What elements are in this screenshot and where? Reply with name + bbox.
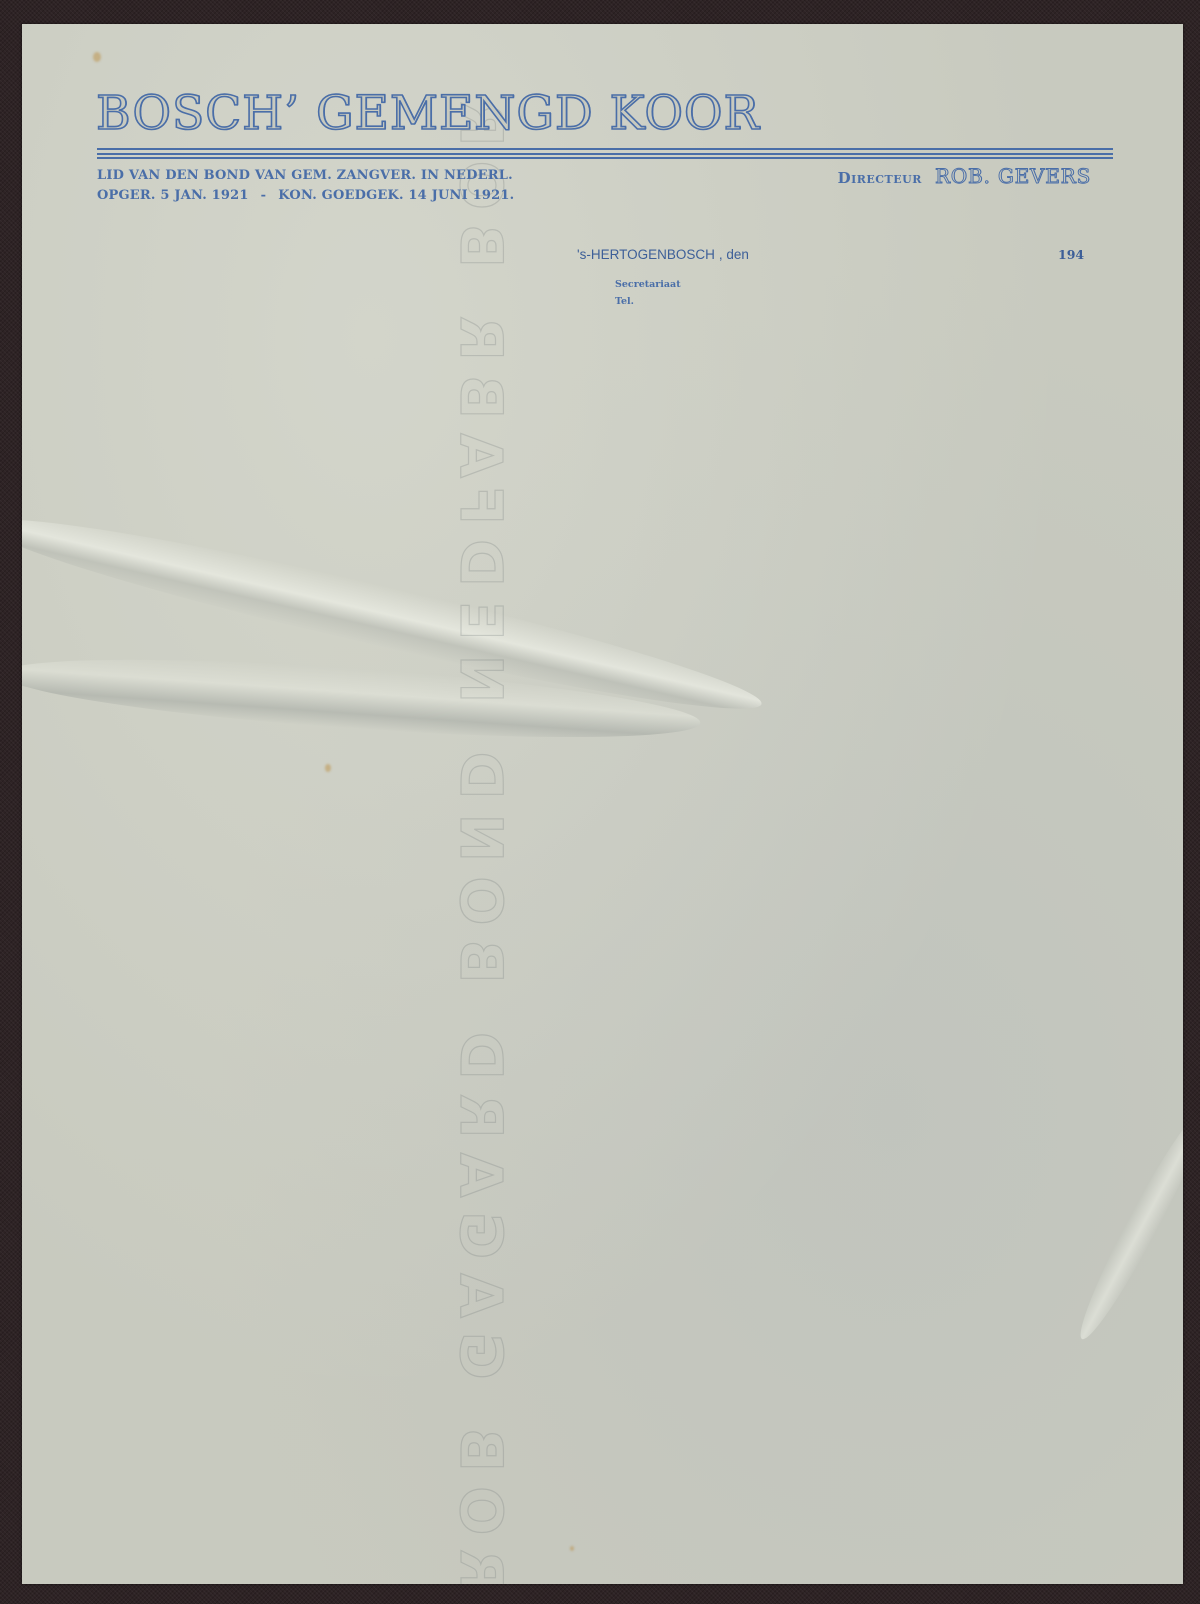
paper-crease — [22, 495, 768, 733]
director-name: ROB. GEVERS — [935, 164, 1091, 188]
founded-date: OPGER. 5 JAN. 1921 — [97, 188, 249, 203]
paper-crease — [1069, 1102, 1183, 1346]
date-prefix: , den — [719, 247, 749, 262]
organization-subtitle: LID VAN DEN BOND VAN GEM. ZANGVER. IN NE… — [97, 166, 514, 206]
telephone-label: Tel. — [615, 296, 634, 307]
royal-approval-date: KON. GOEDGEK. 14 JUNI 1921. — [278, 188, 514, 203]
founding-line: OPGER. 5 JAN. 1921-KON. GOEDGEK. 14 JUNI… — [97, 186, 514, 206]
letterhead-sheet: ROB GAGARD BOND NEDFABR BOR BOSCH’ GEMEN… — [22, 24, 1183, 1584]
organization-title: BOSCH’ GEMENGD KOOR — [96, 86, 760, 141]
header-rules — [97, 148, 1113, 162]
foxing-spot — [93, 52, 101, 62]
foxing-spot — [325, 764, 331, 772]
place-name: 's-HERTOGENBOSCH — [577, 247, 715, 262]
director-line: Directeur ROB. GEVERS — [838, 164, 1091, 188]
header-rule — [97, 148, 1113, 150]
paper-crease — [22, 644, 702, 753]
paper-watermark: ROB GAGARD BOND NEDFABR BOR — [447, 88, 515, 1584]
year-prefix: 194 — [1058, 247, 1084, 262]
membership-line: LID VAN DEN BOND VAN GEM. ZANGVER. IN NE… — [97, 166, 514, 186]
director-label: Directeur — [838, 169, 922, 187]
separator-dash: - — [261, 186, 267, 206]
place-date-line: 's-HERTOGENBOSCH, den — [577, 247, 749, 262]
header-rule — [97, 157, 1113, 159]
header-rule — [97, 153, 1113, 155]
secretariat-label: Secretariaat — [615, 279, 681, 290]
foxing-spot — [570, 1546, 574, 1551]
